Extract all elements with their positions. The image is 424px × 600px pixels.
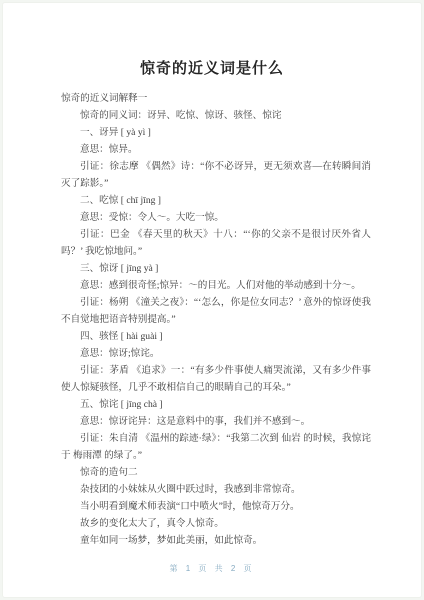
paragraph-line: 童年如同一场梦，梦如此美丽，如此惊奇。 bbox=[61, 532, 371, 549]
paragraph-line: 惊奇的近义词解释一 bbox=[61, 90, 371, 107]
paragraph-line: 惊奇的同义词：讶异、吃惊、惊讶、骇怪、惊诧 bbox=[61, 107, 371, 124]
paragraph-line: 引证：巴金 《春天里的秋天》十八：“‘你的父亲不是很讨厌外省人吗？’ 我吃惊地问… bbox=[61, 226, 371, 260]
page-title: 惊奇的近义词是什么 bbox=[3, 57, 421, 78]
paragraph-line: 引证：茅盾 《追求》一：“有多少件事使人痛哭流涕，又有多少件事使人惊疑骇怪，几乎… bbox=[61, 362, 371, 396]
paragraph-line: 引证：徐志摩 《偶然》诗：“你不必讶异，更无须欢喜—在转瞬间消灭了踪影。” bbox=[61, 158, 371, 192]
paragraph-line: 意思：惊讶;惊诧。 bbox=[61, 345, 371, 362]
paragraph-line: 意思：惊讶诧异：这是意料中的事，我们并不感到～。 bbox=[61, 413, 371, 430]
page-footer: 第 1 页 共 2 页 bbox=[3, 558, 421, 576]
paragraph-line: 三、惊讶 [ jīng yà ] bbox=[61, 260, 371, 277]
paragraph-line: 杂技团的小妹妹从火圈中跃过时，我感到非常惊奇。 bbox=[61, 481, 371, 498]
paragraph-line: 意思：感到很奇怪;惊异：～的目光。人们对他的举动感到十分～。 bbox=[61, 277, 371, 294]
paragraph-line: 故乡的变化太大了，真令人惊奇。 bbox=[61, 515, 371, 532]
paragraph-line: 引证：朱自清 《温州的踪迹·绿》：“我第二次到 仙岩 的时候，我惊诧于 梅雨潭 … bbox=[61, 430, 371, 464]
document-page: 惊奇的近义词是什么 惊奇的近义词解释一 惊奇的同义词：讶异、吃惊、惊讶、骇怪、惊… bbox=[2, 2, 422, 598]
paragraph-line: 惊奇的造句二 bbox=[61, 464, 371, 481]
paragraph-line: 当小明看到魔术师表演“口中喷火”时，他惊奇万分。 bbox=[61, 498, 371, 515]
paragraph-line: 引证：杨朔 《潼关之夜》：“‘怎么，你是位女同志？’ 意外的惊讶使我不自觉地把语… bbox=[61, 294, 371, 328]
paragraph-line: 二、吃惊 [ chī jīng ] bbox=[61, 192, 371, 209]
paragraph-line: 意思：惊异。 bbox=[61, 141, 371, 158]
document-body: 惊奇的近义词解释一 惊奇的同义词：讶异、吃惊、惊讶、骇怪、惊诧 一、讶异 [ y… bbox=[3, 90, 421, 549]
paragraph-line: 四、骇怪 [ hài guài ] bbox=[61, 328, 371, 345]
paragraph-line: 一、讶异 [ yà yì ] bbox=[61, 124, 371, 141]
page-number-label: 第 1 页 共 2 页 bbox=[169, 564, 254, 573]
paragraph-line: 五、惊诧 [ jīng chà ] bbox=[61, 396, 371, 413]
paragraph-line: 意思：受惊：令人～。大吃一惊。 bbox=[61, 209, 371, 226]
